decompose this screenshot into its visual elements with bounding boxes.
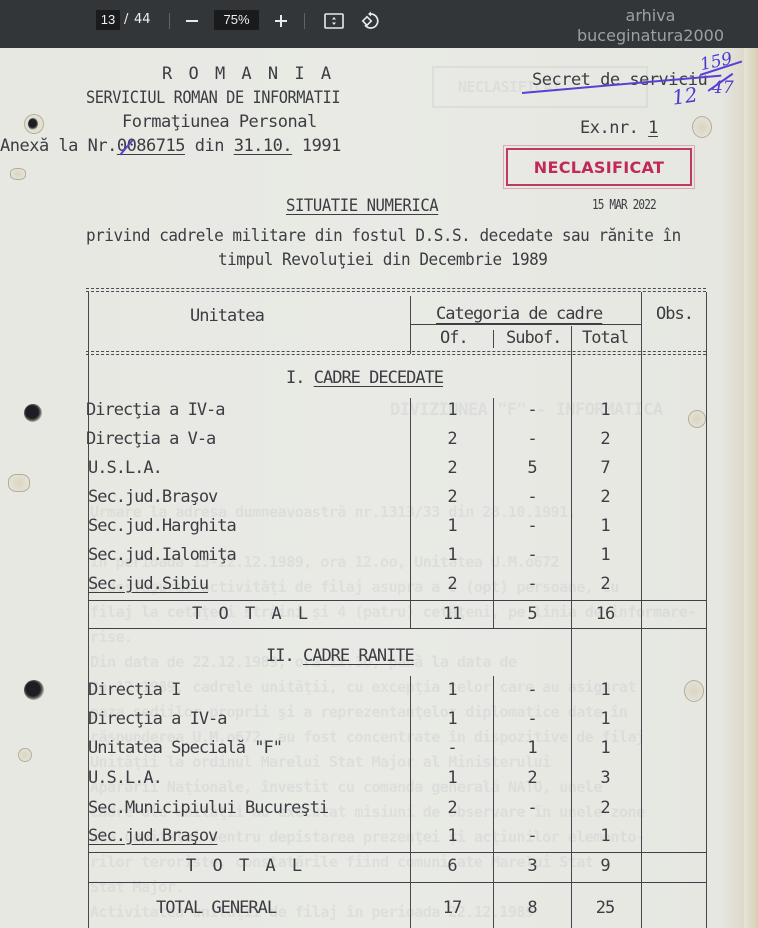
handwritten-number: 12 [670, 82, 699, 109]
plus-icon [274, 14, 288, 28]
header-institution: SERVICIUL ROMAN DE INFORMATII [86, 88, 368, 108]
annex-reference: Anexă la Nr.0086715 din 31.10. 1991 [0, 136, 341, 156]
header-unitatea: Unitatea [190, 306, 264, 326]
zoom-out-button[interactable] [179, 8, 205, 34]
header-unit: Formaţiunea Personal [122, 112, 317, 132]
minus-icon [185, 14, 199, 28]
pdf-toolbar: / 44 arhiva buceginatura2000 [0, 0, 758, 48]
table-border [706, 292, 707, 928]
paper-damage [10, 168, 26, 180]
document-title: SITUATIE NUMERICA [286, 196, 438, 216]
declassified-stamp: NECLASIFICAT [506, 148, 692, 186]
table-border [493, 676, 494, 928]
paper-damage [8, 474, 30, 492]
fit-to-page-icon [324, 13, 344, 29]
header-country: R O M A N I A [162, 64, 334, 84]
punch-hole [28, 118, 38, 130]
zoom-level-input[interactable] [214, 10, 259, 30]
table-border [410, 398, 411, 628]
table-border [493, 330, 494, 348]
punch-hole [692, 116, 712, 138]
table-border [493, 398, 494, 628]
zoom-in-button[interactable] [268, 8, 294, 34]
table-border [88, 628, 706, 629]
toolbar-divider [169, 13, 170, 29]
document-page: NECLASIFICAT DIVIZIUNEA "F" - INFORMATIC… [0, 48, 758, 928]
document-subtitle-line1: privind cadrele militare din fostul D.S.… [86, 226, 681, 246]
copy-number: Ex.nr. 1 [580, 118, 658, 138]
toolbar-divider [304, 13, 305, 29]
header-total: Total [582, 328, 628, 348]
punch-hole [24, 680, 44, 700]
table-border [88, 852, 706, 853]
paper-damage [18, 748, 32, 762]
table-border [410, 324, 642, 325]
table-border [86, 288, 706, 292]
annex-year: 1991 [302, 136, 341, 156]
page-separator: / [124, 10, 128, 30]
header-obs: Obs. [656, 304, 693, 324]
stamp-date: 15 MAR 2022 [592, 198, 656, 213]
section-title-deceased: I. CADRE DECEDATE [286, 368, 443, 388]
header-officers: Of. [440, 328, 468, 348]
table-border [88, 882, 706, 883]
table-border [410, 676, 411, 928]
total-pages: 44 [134, 10, 151, 30]
table-border [410, 296, 411, 354]
fit-to-page-button[interactable] [321, 8, 347, 34]
archive-watermark: arhiva buceginatura2000 [577, 6, 724, 46]
handwritten-number: 159 [698, 49, 734, 75]
header-nco: Subof. [506, 328, 561, 348]
table-border [641, 292, 642, 928]
bleed-through-text: Stat Major. [90, 878, 184, 896]
rotate-button[interactable] [357, 8, 383, 34]
section-title-wounded: II. CADRE RANITE [266, 646, 414, 666]
punch-hole [688, 410, 706, 428]
page-number-input[interactable] [96, 10, 120, 30]
punch-hole [684, 680, 704, 702]
annex-date: 31.10. [234, 136, 292, 156]
table-border [88, 600, 706, 601]
rotate-counterclockwise-icon [360, 11, 380, 31]
table-border [86, 351, 706, 355]
document-subtitle-line2: timpul Revoluţiei din Decembrie 1989 [218, 250, 547, 270]
punch-hole [24, 404, 42, 422]
table-border [571, 326, 572, 928]
bleed-through-text: rise. [90, 628, 133, 646]
header-categoria: Categoria de cadre [436, 304, 602, 324]
